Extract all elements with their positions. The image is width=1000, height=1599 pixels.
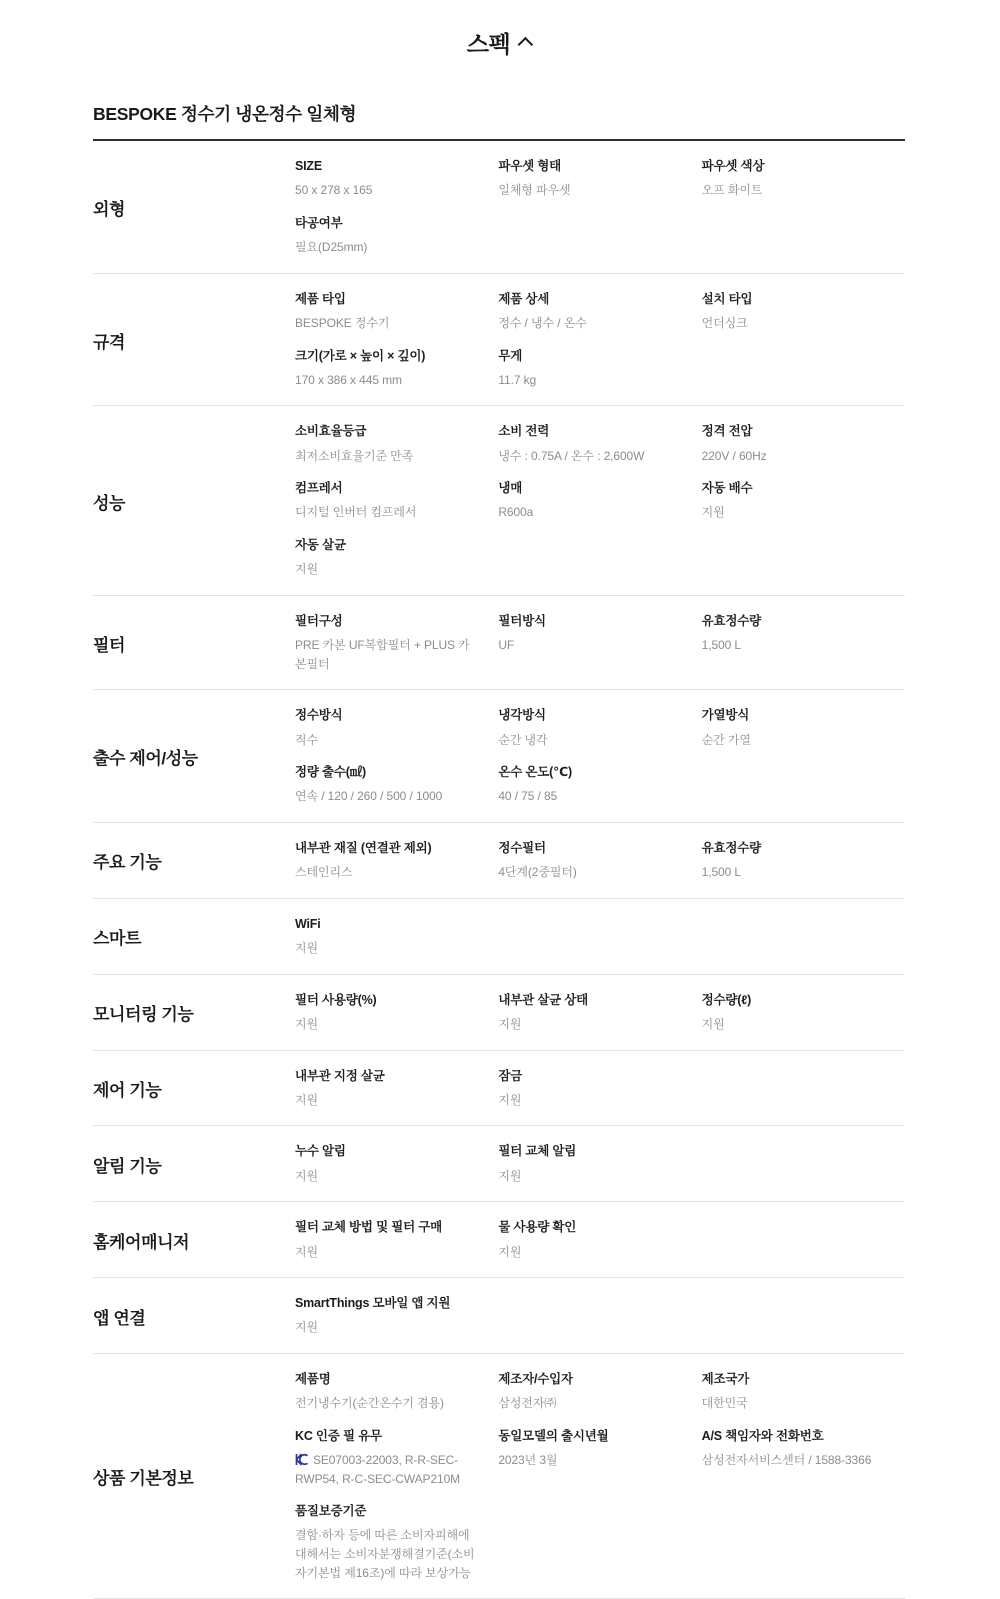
spec-item: 필터 교체 알림지원 <box>498 1143 701 1185</box>
spec-category-label: 출수 제어/성능 <box>93 707 295 806</box>
chevron-up-icon <box>518 37 534 53</box>
spec-item-value: PRE 카본 UF복합필터 + PLUS 카본필터 <box>295 636 480 673</box>
spec-category-label: 스마트 <box>93 916 295 958</box>
spec-item-label: 내부관 지정 살균 <box>295 1068 480 1084</box>
spec-item: 자동 살균지원 <box>295 537 498 579</box>
spec-item-value: 대한민국 <box>702 1394 887 1413</box>
spec-item-label: 필터구성 <box>295 613 480 629</box>
spec-item: 가열방식순간 가열 <box>702 707 905 749</box>
spec-item: 소비효율등급최저소비효율기준 만족 <box>295 423 498 465</box>
spec-item-label: 컴프레서 <box>295 480 480 496</box>
spec-item: 필터방식UF <box>498 613 701 673</box>
spec-item: 제조국가대한민국 <box>702 1371 905 1413</box>
spec-items-grid: SIZE50 x 278 x 165파우셋 형태일체형 파우셋파우셋 색상오프 … <box>295 158 905 257</box>
spec-item-label: 파우셋 형태 <box>498 158 683 174</box>
spec-item: 설치 타입언더싱크 <box>702 291 905 333</box>
spec-item: 내부관 지정 살균지원 <box>295 1068 498 1110</box>
spec-item-label: 필터 사용량(%) <box>295 992 480 1008</box>
spec-category-label: 주요 기능 <box>93 840 295 882</box>
spec-row: 주요 기능내부관 재질 (연결관 제외)스테인리스정수필터4단계(2중필터)유효… <box>93 823 905 899</box>
spec-row: 모니터링 기능필터 사용량(%)지원내부관 살균 상태지원정수량(ℓ)지원 <box>93 975 905 1051</box>
spec-item-value: 지원 <box>295 1091 480 1110</box>
spec-item: 필터구성PRE 카본 UF복합필터 + PLUS 카본필터 <box>295 613 498 673</box>
spec-item: 자동 배수지원 <box>702 480 905 522</box>
spec-item-value: 지원 <box>295 560 480 579</box>
spec-item: A/S 책임자와 전화번호삼성전자서비스센터 / 1588-3366 <box>702 1428 905 1488</box>
spec-row: 출수 제어/성능정수방식직수냉각방식순간 냉각가열방식순간 가열정량 출수(㎖)… <box>93 690 905 823</box>
kc-certification-icon <box>295 1453 308 1466</box>
spec-category-label: 외형 <box>93 158 295 257</box>
spec-item-label: 정격 전압 <box>702 423 887 439</box>
spec-item-value: 직수 <box>295 731 480 750</box>
spec-item-value: 지원 <box>498 1243 683 1262</box>
spec-item: KC 인증 필 유무SE07003-22003, R-R-SEC-RWP54, … <box>295 1428 498 1488</box>
spec-item: 내부관 살균 상태지원 <box>498 992 701 1034</box>
spec-item-value: 삼성전자서비스센터 / 1588-3366 <box>702 1451 887 1470</box>
spec-items-grid: 필터구성PRE 카본 UF복합필터 + PLUS 카본필터필터방식UF유효정수량… <box>295 613 905 673</box>
spec-item-value: 지원 <box>295 1015 480 1034</box>
spec-item: 잠금지원 <box>498 1068 701 1110</box>
spec-row: 필터필터구성PRE 카본 UF복합필터 + PLUS 카본필터필터방식UF유효정… <box>93 596 905 690</box>
spec-item-value: 지원 <box>702 1015 887 1034</box>
spec-item: 냉매R600a <box>498 480 701 522</box>
spec-item-value: 삼성전자㈜ <box>498 1394 683 1413</box>
spec-item-value: 순간 가열 <box>702 731 887 750</box>
spec-item: 필터 사용량(%)지원 <box>295 992 498 1034</box>
spec-item-value: 지원 <box>498 1015 683 1034</box>
spec-item: 냉각방식순간 냉각 <box>498 707 701 749</box>
spec-item-label: 잠금 <box>498 1068 683 1084</box>
spec-item-value: 지원 <box>295 939 480 958</box>
spec-category-label: 홈케어매니저 <box>93 1219 295 1261</box>
spec-item-label: 온수 온도(℃) <box>498 764 683 780</box>
spec-item: SmartThings 모바일 앱 지원지원 <box>295 1295 498 1337</box>
spec-item-value: 지원 <box>295 1167 480 1186</box>
spec-category-label: 규격 <box>93 291 295 390</box>
spec-item-value: 지원 <box>498 1167 683 1186</box>
spec-row: 규격제품 타입BESPOKE 정수기제품 상세정수 / 냉수 / 온수설치 타입… <box>93 274 905 407</box>
spec-items-grid: 필터 사용량(%)지원내부관 살균 상태지원정수량(ℓ)지원 <box>295 992 905 1034</box>
spec-item: 유효정수량1,500 L <box>702 840 905 882</box>
spec-item-label: 필터 교체 알림 <box>498 1143 683 1159</box>
spec-item: 제조자/수입자삼성전자㈜ <box>498 1371 701 1413</box>
spec-item: SIZE50 x 278 x 165 <box>295 158 498 200</box>
spec-item-value: 1,500 L <box>702 863 887 882</box>
spec-item-label: 정수량(ℓ) <box>702 992 887 1008</box>
spec-item: 유효정수량1,500 L <box>702 613 905 673</box>
spec-item: 타공여부필요(D25mm) <box>295 215 498 257</box>
spec-item-label: 크기(가로 × 높이 × 깊이) <box>295 348 480 364</box>
spec-item-value: 냉수 : 0.75A / 온수 : 2,600W <box>498 447 683 466</box>
spec-item-value: 일체형 파우셋 <box>498 181 683 200</box>
spec-item-label: 유효정수량 <box>702 840 887 856</box>
spec-category-label: 알림 기능 <box>93 1143 295 1185</box>
spec-row: 알림 기능누수 알림지원필터 교체 알림지원 <box>93 1126 905 1202</box>
spec-item: 정수방식직수 <box>295 707 498 749</box>
spec-item-value: 1,500 L <box>702 636 887 655</box>
spec-item: 품질보증기준결함·하자 등에 따른 소비자피해에 대해서는 소비자분쟁해결기준(… <box>295 1503 498 1582</box>
spec-item-value: 결함·하자 등에 따른 소비자피해에 대해서는 소비자분쟁해결기준(소비자기본법… <box>295 1526 480 1582</box>
spec-row: 홈케어매니저필터 교체 방법 및 필터 구매지원물 사용량 확인지원 <box>93 1202 905 1278</box>
spec-row: 상품 기본정보제품명전기냉수기(순간온수기 겸용)제조자/수입자삼성전자㈜제조국… <box>93 1354 905 1599</box>
product-model-heading: BESPOKE 정수기 냉온정수 일체형 <box>93 87 905 141</box>
spec-category-label: 앱 연결 <box>93 1295 295 1337</box>
spec-items-grid: 내부관 지정 살균지원잠금지원 <box>295 1068 905 1110</box>
spec-item-label: 냉매 <box>498 480 683 496</box>
spec-item-label: WiFi <box>295 916 480 932</box>
spec-row: 앱 연결SmartThings 모바일 앱 지원지원 <box>93 1278 905 1354</box>
spec-item-value: 디지털 인버터 컴프레서 <box>295 503 480 522</box>
spec-item: 소비 전력냉수 : 0.75A / 온수 : 2,600W <box>498 423 701 465</box>
spec-item-value: BESPOKE 정수기 <box>295 314 480 333</box>
spec-item: 제품 타입BESPOKE 정수기 <box>295 291 498 333</box>
spec-items-grid: 제품 타입BESPOKE 정수기제품 상세정수 / 냉수 / 온수설치 타입언더… <box>295 291 905 390</box>
spec-item-label: 무게 <box>498 348 683 364</box>
spec-item-label: 자동 살균 <box>295 537 480 553</box>
spec-item-value: 50 x 278 x 165 <box>295 181 480 200</box>
spec-item-label: 유효정수량 <box>702 613 887 629</box>
spec-row: 제어 기능내부관 지정 살균지원잠금지원 <box>93 1051 905 1127</box>
spec-item-label: 냉각방식 <box>498 707 683 723</box>
spec-item-label: A/S 책임자와 전화번호 <box>702 1428 887 1444</box>
spec-item-value: 순간 냉각 <box>498 731 683 750</box>
spec-item: 파우셋 색상오프 화이트 <box>702 158 905 200</box>
spec-row: 외형SIZE50 x 278 x 165파우셋 형태일체형 파우셋파우셋 색상오… <box>93 141 905 274</box>
spec-items-grid: 누수 알림지원필터 교체 알림지원 <box>295 1143 905 1185</box>
spec-category-label: 필터 <box>93 613 295 673</box>
spec-item-label: 정수방식 <box>295 707 480 723</box>
spec-item: WiFi지원 <box>295 916 498 958</box>
spec-item-label: 가열방식 <box>702 707 887 723</box>
spec-item-value: 170 x 386 x 445 mm <box>295 371 480 390</box>
spec-items-grid: 필터 교체 방법 및 필터 구매지원물 사용량 확인지원 <box>295 1219 905 1261</box>
spec-items-grid: 소비효율등급최저소비효율기준 만족소비 전력냉수 : 0.75A / 온수 : … <box>295 423 905 579</box>
spec-item-value: 220V / 60Hz <box>702 447 887 466</box>
spec-item-value: 2023년 3월 <box>498 1451 683 1470</box>
spec-items-grid: 제품명전기냉수기(순간온수기 겸용)제조자/수입자삼성전자㈜제조국가대한민국KC… <box>295 1371 905 1582</box>
spec-item-value: 전기냉수기(순간온수기 겸용) <box>295 1394 480 1413</box>
spec-item: 내부관 재질 (연결관 제외)스테인리스 <box>295 840 498 882</box>
spec-table: BESPOKE 정수기 냉온정수 일체형 외형SIZE50 x 278 x 16… <box>93 87 905 1599</box>
spec-item: 필터 교체 방법 및 필터 구매지원 <box>295 1219 498 1261</box>
spec-item-label: 필터 교체 방법 및 필터 구매 <box>295 1219 480 1235</box>
spec-item-value: UF <box>498 636 683 655</box>
spec-items-grid: SmartThings 모바일 앱 지원지원 <box>295 1295 905 1337</box>
spec-item-value: SE07003-22003, R-R-SEC-RWP54, R-C-SEC-CW… <box>295 1451 480 1488</box>
spec-page: 스펙 BESPOKE 정수기 냉온정수 일체형 외형SIZE50 x 278 x… <box>0 0 1000 1599</box>
spec-item-label: 정량 출수(㎖) <box>295 764 480 780</box>
spec-item-value: 스테인리스 <box>295 863 480 882</box>
spec-item: 물 사용량 확인지원 <box>498 1219 701 1261</box>
spec-item-label: 파우셋 색상 <box>702 158 887 174</box>
spec-item-label: 제조국가 <box>702 1371 887 1387</box>
spec-item-value: 지원 <box>498 1091 683 1110</box>
spec-item: 온수 온도(℃)40 / 75 / 85 <box>498 764 701 806</box>
spec-item-label: 타공여부 <box>295 215 480 231</box>
spec-items-grid: 정수방식직수냉각방식순간 냉각가열방식순간 가열정량 출수(㎖)연속 / 120… <box>295 707 905 806</box>
spec-item: 누수 알림지원 <box>295 1143 498 1185</box>
spec-item-value: 언더싱크 <box>702 314 887 333</box>
spec-item: 크기(가로 × 높이 × 깊이)170 x 386 x 445 mm <box>295 348 498 390</box>
spec-category-label: 제어 기능 <box>93 1068 295 1110</box>
spec-item-label: 제품 타입 <box>295 291 480 307</box>
spec-item-label: 제품 상세 <box>498 291 683 307</box>
spec-item: 동일모델의 출시년월2023년 3월 <box>498 1428 701 1488</box>
spec-item-label: 내부관 살균 상태 <box>498 992 683 1008</box>
spec-item-value: 오프 화이트 <box>702 181 887 200</box>
spec-item-label: 품질보증기준 <box>295 1503 480 1519</box>
spec-item-value: R600a <box>498 503 683 522</box>
spec-item-label: 자동 배수 <box>702 480 887 496</box>
spec-item-label: 물 사용량 확인 <box>498 1219 683 1235</box>
spec-item-label: 소비효율등급 <box>295 423 480 439</box>
spec-section-toggle[interactable]: 스펙 <box>0 22 1000 87</box>
spec-item-label: 내부관 재질 (연결관 제외) <box>295 840 480 856</box>
spec-item: 제품명전기냉수기(순간온수기 겸용) <box>295 1371 498 1413</box>
spec-item-label: 누수 알림 <box>295 1143 480 1159</box>
spec-item-value: 지원 <box>295 1318 480 1337</box>
spec-category-label: 상품 기본정보 <box>93 1371 295 1582</box>
spec-rows-container: 외형SIZE50 x 278 x 165파우셋 형태일체형 파우셋파우셋 색상오… <box>93 141 905 1599</box>
spec-item: 정수필터4단계(2중필터) <box>498 840 701 882</box>
spec-item: 정수량(ℓ)지원 <box>702 992 905 1034</box>
spec-item: 파우셋 형태일체형 파우셋 <box>498 158 701 200</box>
spec-item-label: KC 인증 필 유무 <box>295 1428 480 1444</box>
spec-item-value: 정수 / 냉수 / 온수 <box>498 314 683 333</box>
spec-category-label: 성능 <box>93 423 295 579</box>
spec-item-label: 필터방식 <box>498 613 683 629</box>
spec-items-grid: 내부관 재질 (연결관 제외)스테인리스정수필터4단계(2중필터)유효정수량1,… <box>295 840 905 882</box>
spec-item-label: 설치 타입 <box>702 291 887 307</box>
spec-row: 성능소비효율등급최저소비효율기준 만족소비 전력냉수 : 0.75A / 온수 … <box>93 406 905 596</box>
spec-item: 컴프레서디지털 인버터 컴프레서 <box>295 480 498 522</box>
spec-item: 무게11.7 kg <box>498 348 701 390</box>
spec-item: 제품 상세정수 / 냉수 / 온수 <box>498 291 701 333</box>
spec-item: 정격 전압220V / 60Hz <box>702 423 905 465</box>
spec-item-label: 제품명 <box>295 1371 480 1387</box>
spec-row: 스마트WiFi지원 <box>93 899 905 975</box>
spec-item: 정량 출수(㎖)연속 / 120 / 260 / 500 / 1000 <box>295 764 498 806</box>
spec-item-label: SmartThings 모바일 앱 지원 <box>295 1295 480 1311</box>
spec-item-label: SIZE <box>295 158 480 174</box>
spec-items-grid: WiFi지원 <box>295 916 905 958</box>
spec-item-value: 40 / 75 / 85 <box>498 787 683 806</box>
spec-section-title: 스펙 <box>467 26 510 59</box>
spec-item-label: 제조자/수입자 <box>498 1371 683 1387</box>
spec-category-label: 모니터링 기능 <box>93 992 295 1034</box>
spec-item-value: 최저소비효율기준 만족 <box>295 447 480 466</box>
spec-item-label: 정수필터 <box>498 840 683 856</box>
spec-item-value: 11.7 kg <box>498 371 683 390</box>
spec-item-value: 지원 <box>702 503 887 522</box>
spec-item-value: 필요(D25mm) <box>295 238 480 257</box>
spec-item-value: 연속 / 120 / 260 / 500 / 1000 <box>295 787 480 806</box>
spec-item-value: 4단계(2중필터) <box>498 863 683 882</box>
spec-item-label: 동일모델의 출시년월 <box>498 1428 683 1444</box>
spec-item-value: 지원 <box>295 1243 480 1262</box>
spec-item-label: 소비 전력 <box>498 423 683 439</box>
